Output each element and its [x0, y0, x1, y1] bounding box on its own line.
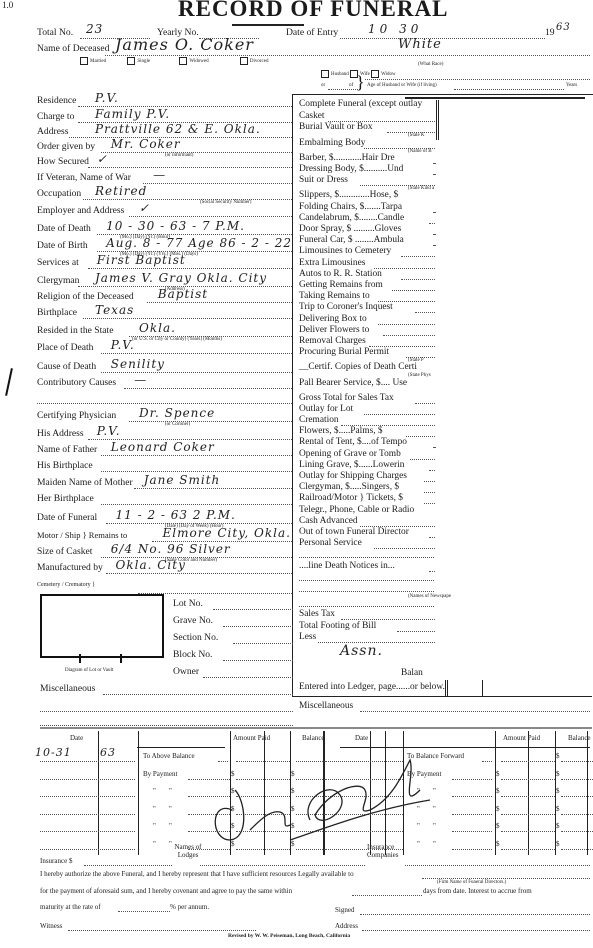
charge-item: Dressing Body, $..........Und: [299, 164, 403, 174]
field-value[interactable]: Family P.V.: [95, 107, 170, 121]
year-value[interactable]: 63: [556, 22, 571, 33]
currency-symbol: $: [556, 805, 560, 813]
page-title: RECORD OF FUNERAL: [178, 0, 448, 22]
ledger-column-rule: [587, 731, 588, 855]
misc-left-line-3: [40, 725, 293, 726]
field-value[interactable]: Prattville 62 & E. Okla.: [95, 122, 261, 136]
spouse-age-line: [454, 89, 564, 90]
lot-field-label: Section No.: [173, 632, 218, 643]
field-label: Certifying Physician: [37, 410, 116, 421]
ledger-date-line[interactable]: [40, 814, 135, 815]
misc-right-line: [360, 711, 590, 712]
ledger-description: ": [153, 840, 170, 848]
charge-line: [415, 403, 435, 404]
charge-item: Deliver Flowers to: [299, 325, 369, 335]
date-of-entry-line: [340, 38, 545, 39]
field-value[interactable]: Jane Smith: [144, 473, 221, 487]
field-label: His Address: [37, 428, 84, 439]
field-value[interactable]: 10 - 30 - 63 - 7 P.M.: [106, 219, 245, 233]
lot-diagram-gap: [80, 650, 120, 656]
currency-symbol: $: [496, 805, 500, 813]
charge-line: [424, 503, 435, 504]
field-line: [101, 504, 292, 505]
field-label: Place of Death: [37, 342, 93, 353]
field-label: Clergyman: [37, 275, 79, 286]
charge-line: [415, 312, 435, 313]
ledger-date-line[interactable]: [40, 796, 135, 797]
lot-field-line[interactable]: [203, 677, 293, 678]
insurance-line[interactable]: [84, 865, 172, 866]
lot-field-label: Lot No.: [173, 598, 203, 609]
spouse-or: or: [321, 83, 325, 88]
spouse-of: of: [349, 83, 353, 88]
per-annum-text: % per annum.: [170, 903, 209, 911]
amount-paid-field[interactable]: [501, 849, 555, 850]
field-line: [101, 471, 292, 472]
field-line: [106, 573, 292, 574]
field-value[interactable]: —: [153, 168, 166, 182]
spouse-line: [365, 79, 590, 80]
charge-item: Autos to R. R. Station: [299, 269, 382, 279]
ledger-column-rule: [528, 731, 529, 855]
ledger-col-2: [447, 680, 448, 696]
field-label: Motor / Ship } Remains to: [37, 530, 127, 540]
charge-line: [374, 268, 435, 269]
field-value[interactable]: Mr. Coker: [111, 137, 181, 151]
lot-field-label: Block No.: [173, 649, 212, 660]
field-line: [129, 216, 292, 217]
field-label: Cemetery / Crematory }: [37, 582, 95, 588]
field-line: [147, 302, 292, 303]
charge-item: Extra Limousines: [299, 258, 365, 268]
ledger-description: By Payment: [143, 770, 177, 778]
spouse-brace: }: [356, 72, 365, 93]
balance-field[interactable]: [561, 831, 593, 832]
charge-item: Flowers, $.....Palms, $: [299, 426, 383, 436]
charge-item: Embalming Body: [299, 138, 365, 148]
witness-label: Witness: [40, 922, 62, 930]
charge-item: Sales Tax: [299, 609, 335, 619]
currency-symbol: $: [556, 787, 560, 795]
field-line: [101, 353, 292, 354]
charge-line: [424, 492, 435, 493]
field-line: [83, 318, 292, 319]
ledger-desc-line: [452, 814, 492, 815]
husband-checkbox[interactable]: [321, 70, 329, 78]
balance-label: Balan: [401, 668, 423, 678]
field-caption: (or U.S. or City or County) (Years) (Mon…: [132, 337, 222, 342]
revised-by: Revised by W. W. Peiseman, Long Beach, C…: [228, 933, 350, 939]
signature: [190, 740, 450, 850]
ledger-desc-line: [482, 761, 492, 762]
amount-paid-field[interactable]: [501, 814, 555, 815]
marital-status-options: Married Single Widowed Divorced: [80, 57, 269, 65]
field-label: Maiden Name of Mother: [37, 477, 133, 488]
single-option[interactable]: Single: [127, 59, 150, 64]
field-label: Charge to: [37, 111, 74, 122]
charge-line: [406, 436, 435, 437]
charge-line: [433, 163, 435, 164]
field-label: Resided in the State: [37, 325, 113, 336]
charge-item: Folding Chairs, $.......Tarpa: [299, 202, 402, 212]
payment-text: for the payment of aforesaid sum, and I …: [40, 887, 292, 895]
title-underline: [232, 24, 304, 26]
spouse-age-unit: Years: [566, 83, 577, 88]
ledger-col-1: [445, 680, 446, 696]
margin-mark: [5, 368, 13, 396]
field-value[interactable]: Okla. City: [116, 558, 186, 572]
ledger-description: To Above Balance: [143, 752, 195, 760]
charge-caption: (State K: [408, 133, 425, 138]
amount-paid-field[interactable]: [501, 831, 555, 832]
field-line: [37, 403, 292, 404]
charge-line: [429, 470, 435, 471]
charge-line: [433, 174, 435, 175]
misc-right-label: Miscellaneous: [299, 701, 353, 711]
ledger-header-amount: Amount Paid: [503, 734, 540, 742]
rate-line[interactable]: [118, 911, 170, 912]
widow-checkbox[interactable]: [371, 70, 379, 78]
field-label: Manufactured by: [37, 562, 103, 573]
charge-item: Trip to Coroner's Inquest: [299, 302, 393, 312]
married-checkbox[interactable]: [80, 57, 88, 65]
field-caption: (or Coroner): [165, 422, 190, 427]
charge-line: [424, 481, 435, 482]
divorced-option[interactable]: Divorced: [240, 59, 269, 64]
charge-item: Limousines to Cemetery: [299, 246, 391, 256]
charge-item: Railroad/Motor } Tickets, $: [299, 493, 403, 503]
lodges-line[interactable]: [200, 865, 365, 866]
witness-line[interactable]: [68, 930, 256, 931]
charge-line: [383, 335, 435, 336]
field-line: [101, 152, 292, 153]
charge-line: [392, 290, 435, 291]
charge-item: [299, 598, 434, 607]
charge-item: Rental of Tent, $....of Tempo: [299, 437, 407, 447]
balance-field[interactable]: [561, 814, 593, 815]
field-line: [88, 268, 292, 269]
charge-item: [299, 549, 434, 558]
address-label: Address: [335, 922, 358, 930]
field-label: Order given by: [37, 141, 95, 152]
field-label: Size of Casket: [37, 546, 92, 557]
field-label: Residence: [37, 95, 76, 106]
field-value[interactable]: Leonard Coker: [111, 440, 215, 454]
charge-line: [433, 245, 435, 246]
race-value[interactable]: White: [398, 37, 442, 52]
field-line: [124, 388, 292, 389]
ledger-description: ": [153, 822, 170, 830]
companies-line[interactable]: [405, 865, 590, 866]
spouse-age-caption: Age of Husband or Wife (if living): [367, 83, 437, 88]
field-value[interactable]: —: [134, 373, 147, 387]
widowed-option[interactable]: Widowed: [179, 59, 208, 64]
charge-caption: (State Kind a: [408, 186, 434, 191]
field-value[interactable]: First Baptist: [97, 253, 186, 267]
charge-item: Outlay for Shipping Charges: [299, 471, 407, 481]
signed-label: Signed: [335, 906, 354, 914]
charge-item: Suit or Dress: [299, 175, 348, 185]
field-label: Name of Father: [37, 444, 97, 455]
charge-item: Taking Remains to: [299, 291, 370, 301]
lot-field-line[interactable]: [223, 660, 293, 661]
year-prefix: 19: [545, 27, 555, 38]
date-of-entry-value[interactable]: 10 30: [368, 22, 422, 36]
race-caption: (What Race): [418, 62, 443, 67]
charge-item: Opening of Grave or Tomb: [299, 449, 401, 459]
charge-line: [433, 447, 435, 448]
ledger-entry-label: Entered into Ledger, page......or below.: [299, 682, 445, 692]
field-label: Religion of the Deceased: [37, 291, 134, 302]
field-value[interactable]: Senility: [111, 357, 165, 371]
lot-field-label: Owner: [173, 666, 199, 677]
charge-item: Slippers, $.............Hose, $: [299, 190, 398, 200]
charge-item: Less: [299, 632, 316, 642]
single-checkbox[interactable]: [127, 57, 135, 65]
charge-item: Candelabrum, $........Candle: [299, 213, 404, 223]
charges-column-line: [436, 100, 437, 140]
field-value[interactable]: P.V.: [111, 338, 135, 352]
field-value[interactable]: Texas: [95, 303, 134, 317]
field-value[interactable]: James V. Gray Okla. City: [95, 271, 267, 285]
ledger-desc-line: [452, 779, 492, 780]
ledger-desc-line: [452, 831, 492, 832]
insurance-label: Insurance $: [40, 857, 72, 865]
days-text: days from date. Interest to accrue from: [423, 887, 532, 895]
days-line[interactable]: [352, 895, 422, 896]
charge-line: [401, 279, 435, 280]
charge-item: Pall Bearer Service, $.... Use: [299, 378, 407, 388]
field-value[interactable]: Dr. Spence: [139, 406, 215, 420]
ledger-date-line[interactable]: [40, 761, 135, 762]
deceased-name-label: Name of Deceased: [37, 43, 109, 54]
currency-symbol: $: [556, 752, 560, 760]
total-no-label: Total No.: [37, 27, 73, 38]
field-label: His Birthplace: [37, 460, 93, 471]
charge-item: [299, 572, 434, 581]
field-label: Date of Death: [37, 223, 91, 234]
ledger-top-rule: [40, 727, 592, 729]
married-option[interactable]: Married: [80, 59, 106, 64]
field-line: [101, 455, 292, 456]
amount-paid-field[interactable]: [501, 779, 555, 780]
ledger-date-line[interactable]: [40, 831, 135, 832]
ledger-date-line[interactable]: [40, 779, 135, 780]
currency-symbol: $: [556, 770, 560, 778]
page-mark: 1.0: [2, 0, 13, 10]
charge-item: ....line Death Notices in...: [299, 561, 395, 571]
field-value[interactable]: Retired: [95, 184, 147, 198]
misc-left-line-2: [40, 711, 293, 712]
field-value[interactable]: ✓: [97, 152, 108, 166]
lot-diagram-caption: Diagram of Lot or Vault: [65, 668, 113, 673]
ledger-description: ": [153, 805, 170, 813]
field-label: Birthplace: [37, 307, 77, 318]
field-label: Services at: [37, 257, 79, 268]
date-of-entry-label: Date of Entry: [286, 27, 338, 38]
charge-item: Casket: [299, 111, 325, 121]
ledger-year-value[interactable]: 63: [100, 746, 116, 759]
charge-item: Door Spray, $ .........Gloves: [299, 224, 401, 234]
charge-item: Gross Total for Sales Tax: [299, 393, 394, 403]
charge-item: Clergyman, $.....Singers, $: [299, 482, 399, 492]
balance-field[interactable]: [561, 779, 593, 780]
charge-item: Procuring Burial Permit: [299, 347, 389, 357]
charge-item: Complete Funeral (except outlay: [299, 99, 422, 109]
charges-column-line-2: [438, 100, 439, 140]
charge-item: Funeral Car, $ ........Ambula: [299, 235, 404, 245]
ledger-description: ": [153, 787, 170, 795]
charge-line: [433, 212, 435, 213]
currency-symbol: $: [496, 840, 500, 848]
charge-line: [364, 414, 435, 415]
ledger-column-rule: [98, 731, 99, 855]
charge-item: Personal Service: [299, 538, 362, 548]
lot-diagram-stub-right: [120, 654, 122, 663]
authorize-text: I hereby authorize the above Funeral, an…: [40, 870, 354, 878]
field-line: [83, 199, 292, 200]
total-no-value[interactable]: 23: [86, 22, 103, 36]
charge-line: [433, 234, 435, 235]
field-line: [134, 488, 292, 489]
charge-item: Telegr., Phone, Cable or Radio: [299, 505, 414, 515]
less-value[interactable]: Assn.: [340, 643, 383, 659]
field-value[interactable]: ✓: [139, 201, 150, 215]
balance-field[interactable]: [561, 796, 593, 797]
ledger-ditto: ": [169, 787, 172, 795]
ledger-date-line[interactable]: [40, 849, 135, 850]
field-label: Date of Funeral: [37, 512, 97, 523]
field-caption: (or informant): [165, 153, 193, 158]
field-label: Cause of Death: [37, 361, 96, 372]
currency-symbol: $: [496, 822, 500, 830]
widowed-checkbox[interactable]: [179, 57, 187, 65]
charge-item: Cash Advanced: [299, 516, 358, 526]
charge-line: [397, 631, 435, 632]
field-line: [129, 421, 292, 422]
charges-heading-underline: [405, 97, 585, 99]
field-line: [88, 167, 292, 168]
currency-symbol: $: [556, 840, 560, 848]
maturity-text: maturity at the rate of: [40, 903, 101, 911]
lot-diagram-stub-left: [79, 654, 81, 663]
charge-item: __Certif. Copies of Death Certi: [299, 362, 417, 372]
charge-line: [429, 537, 435, 538]
divorced-checkbox[interactable]: [240, 57, 248, 65]
field-line: [101, 372, 292, 373]
currency-symbol: $: [496, 770, 500, 778]
ledger-desc-line: [452, 849, 492, 850]
ledger-ditto: ": [169, 805, 172, 813]
ledger-date-value[interactable]: 10-31: [35, 746, 72, 759]
signed-line[interactable]: [360, 914, 590, 915]
director-caption: (Firm Name of Funeral Directors.): [437, 880, 506, 885]
charge-item: Getting Remains from: [299, 280, 383, 290]
charge-item: Out of town Funeral Director: [299, 527, 409, 537]
amount-paid-field[interactable]: [501, 761, 555, 762]
ledger-header-date: Date: [70, 734, 83, 742]
charge-item: Delivering Box to: [299, 314, 367, 324]
charge-line: [429, 223, 435, 224]
charge-item: Removal Charges: [299, 336, 366, 346]
field-label: If Veteran, Name of War: [37, 172, 131, 183]
field-caption: (Social Security Number): [200, 200, 251, 205]
field-value[interactable]: Baptist: [158, 287, 208, 301]
field-value[interactable]: 6/4 No. 96 Silver: [111, 542, 231, 556]
charge-item: Barber, $............Hair Dre: [299, 153, 395, 163]
field-label: Her Birthplace: [37, 493, 94, 504]
charge-item: Lining Grave, $......Lowerin: [299, 460, 404, 470]
charge-caption: (Name of B: [408, 149, 432, 154]
field-value[interactable]: P.V.: [97, 424, 121, 438]
field-label: Address: [37, 126, 68, 137]
field-label: Occupation: [37, 188, 81, 199]
currency-symbol: $: [496, 787, 500, 795]
charge-item: Outlay for Lot: [299, 404, 353, 414]
currency-symbol: $: [556, 822, 560, 830]
field-label: How Secured: [37, 156, 89, 167]
ledger-column-rule: [138, 731, 139, 855]
ledger-desc-line: [452, 796, 492, 797]
charge-caption: (State Phys: [408, 373, 431, 378]
lot-field-line[interactable]: [233, 643, 293, 644]
field-label: Date of Birth: [37, 240, 88, 251]
charge-item: [299, 583, 434, 592]
charge-item: Total Footing of Bill: [299, 621, 376, 631]
deceased-name-line: [105, 55, 590, 56]
deceased-name-value[interactable]: James O. Coker: [115, 35, 254, 54]
amount-paid-field[interactable]: [501, 796, 555, 797]
field-label: Contributory Causes: [37, 377, 116, 388]
ledger-col-3: [482, 680, 483, 696]
misc-left-label: Miscellaneous: [40, 683, 95, 694]
charge-line: [401, 256, 435, 257]
address-line[interactable]: [362, 930, 590, 931]
field-value[interactable]: Aug. 8 - 77 Age 86 - 2 - 22: [106, 236, 292, 250]
director-line[interactable]: [422, 878, 590, 879]
field-value[interactable]: 11 - 2 - 63 2 P.M.: [116, 508, 236, 522]
charge-line: [410, 459, 435, 460]
misc-left-line-1: [103, 694, 293, 695]
field-value[interactable]: Okla.: [139, 321, 176, 335]
balance-field[interactable]: [561, 761, 593, 762]
charge-line: [378, 324, 435, 325]
lot-field-label: Grave No.: [173, 615, 213, 626]
charge-item: Burial Vault or Box: [299, 122, 373, 132]
field-value[interactable]: Elmore City, Okla.: [163, 526, 291, 540]
ledger-entry-underline: [292, 696, 592, 697]
balance-field[interactable]: [561, 849, 593, 850]
field-value[interactable]: P.V.: [95, 91, 119, 105]
lot-field-line[interactable]: [213, 609, 293, 610]
field-label: Employer and Address: [37, 205, 124, 216]
charge-item: Cremation: [299, 415, 339, 425]
lot-diagram[interactable]: [40, 594, 164, 658]
ledger-ditto: ": [169, 822, 172, 830]
lot-field-line[interactable]: [223, 626, 293, 627]
field-line: [143, 183, 292, 184]
